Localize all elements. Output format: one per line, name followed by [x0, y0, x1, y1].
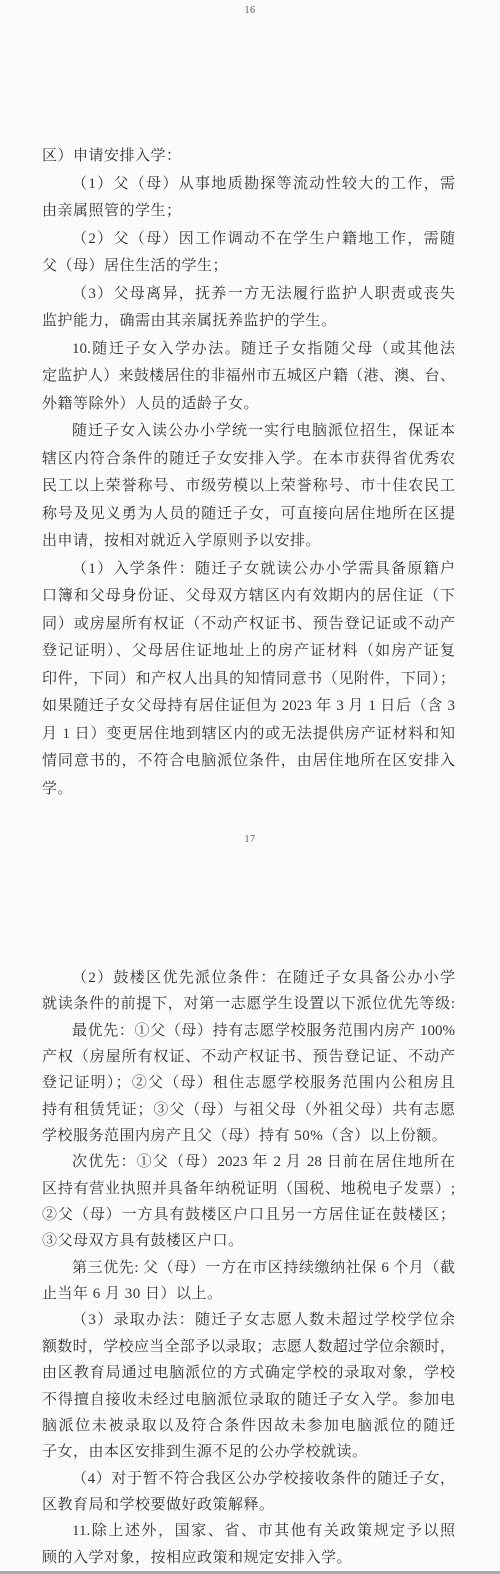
text-line: 就读条件的前提下，对第一志愿学生设置以下派位优先等级:	[42, 991, 455, 1017]
text-line: 区教育局和学校要做好政策解释。	[42, 1492, 455, 1518]
text-line: 第三优先: 父（母）一方在市区持续缴纳社保 6 个月（截	[42, 1255, 455, 1281]
text-line: 不得擅自接收未经过电脑派位录取的随迁子女入学。参加电	[42, 1387, 455, 1413]
text-line: 产权（房屋所有权证、不动产权证书、预告登记证、不动产	[42, 1044, 455, 1070]
text-line: 学校服务范围内房产且父（母）持有 50%（含）以上份额。	[42, 1123, 455, 1149]
text-line: 如果随迁子女父母持有居住证但为 2023 年 3 月 1 日后（含 3	[42, 693, 455, 721]
text-line: 外籍等除外）人员的适龄子女。	[42, 391, 455, 419]
text-line: 辖区内符合条件的随迁子女安排入学。在本市获得省优秀农	[42, 446, 455, 474]
text-line: 学。	[42, 776, 455, 804]
text-line: 定监护人）来鼓楼居住的非福州市五城区户籍（港、澳、台、	[42, 363, 455, 391]
text-line: 持有租赁凭证；③父（母）与祖父母（外祖父母）共有志愿	[42, 1097, 455, 1123]
text-line: （2）鼓楼区优先派位条件：在随迁子女具备公办小学	[42, 965, 455, 991]
text-line: 民工以上荣誉称号、市级劳模以上荣誉称号、市十佳农民工	[42, 473, 455, 501]
page-17-body: （2）鼓楼区优先派位条件：在随迁子女具备公办小学就读条件的前提下，对第一志愿学生…	[42, 965, 455, 1571]
text-line: 次优先：①父（母）2023 年 2 月 28 日前在居住地所在	[42, 1149, 455, 1175]
text-line: 区持有营业执照并具备年纳税证明（国税、地税电子发票）;	[42, 1176, 455, 1202]
text-line: 11.除上述外，国家、省、市其他有关政策规定予以照	[42, 1518, 455, 1544]
text-line: 区）申请安排入学：	[42, 143, 455, 171]
text-line: 监护能力，确需由其亲属抚养监护的学生。	[42, 308, 455, 336]
text-line: 由区教育局通过电脑派位的方式确定学校的录取对象，学校	[42, 1360, 455, 1386]
text-line: 印件，下同）和产权人出具的知情同意书（见附件，下同）；	[42, 666, 455, 694]
text-line: 登记证明）、父母居住证地址上的房产证材料（如房产证复	[42, 638, 455, 666]
text-line: ②父（母）一方具有鼓楼区户口且另一方居住证在鼓楼区；	[42, 1202, 455, 1228]
text-line: （1）入学条件：随迁子女就读公办小学需具备原籍户	[42, 556, 455, 584]
text-line: 口簿和父母身份证、父母双方辖区内有效期内的居住证（下	[42, 583, 455, 611]
text-line: 止当年 6 月 30 日）以上。	[42, 1281, 455, 1307]
text-line: （3）录取办法：随迁子女志愿人数未超过学校学位余	[42, 1307, 455, 1333]
page-16-body: 区）申请安排入学：（1）父（母）从事地质勘探等流动性较大的工作，需由亲属照管的学…	[42, 143, 455, 803]
page-17: 17 （2）鼓楼区优先派位条件：在随迁子女具备公办小学就读条件的前提下，对第一志…	[0, 833, 500, 1571]
text-line: 称号及见义勇为人员的随迁子女，可直接向居住地所在区提	[42, 501, 455, 529]
text-line: 情同意书的，不符合电脑派位条件，由居住地所在区安排入	[42, 748, 455, 776]
text-line: 脑派位未被录取以及符合条件因故未参加电脑派位的随迁	[42, 1413, 455, 1439]
text-line: 同）或房屋所有权证（不动产权证书、预告登记证或不动产	[42, 611, 455, 639]
page-number-16: 16	[0, 4, 500, 18]
text-line: ③父母双方具有鼓楼区户口。	[42, 1228, 455, 1254]
scanned-document: 16 区）申请安排入学：（1）父（母）从事地质勘探等流动性较大的工作，需由亲属照…	[0, 0, 500, 1574]
text-line: 由亲属照管的学生；	[42, 198, 455, 226]
text-line: 登记证明）；②父（母）租住志愿学校服务范围内公租房且	[42, 1070, 455, 1096]
page-number-17: 17	[0, 833, 500, 847]
text-line: （3）父母离异，抚养一方无法履行监护人职责或丧失	[42, 281, 455, 309]
text-line: 父（母）居住生活的学生；	[42, 253, 455, 281]
text-line: （4）对于暂不符合我区公办学校接收条件的随迁子女，	[42, 1466, 455, 1492]
text-line: 子女，由本区安排到生源不足的公办学校就读。	[42, 1439, 455, 1465]
text-line: （1）父（母）从事地质勘探等流动性较大的工作，需	[42, 171, 455, 199]
text-line: 出申请，按相对就近入学原则予以安排。	[42, 528, 455, 556]
text-line: 月 1 日）变更居住地到辖区内的或无法提供房产证材料和知	[42, 721, 455, 749]
text-line: 随迁子女入读公办小学统一实行电脑派位招生，保证本	[42, 418, 455, 446]
text-line: 10.随迁子女入学办法。随迁子女指随父母（或其他法	[42, 336, 455, 364]
text-line: 顾的入学对象，按相应政策和规定安排入学。	[42, 1545, 455, 1571]
text-line: 额数时，学校应当全部予以录取；志愿人数超过学位余额时，	[42, 1334, 455, 1360]
page-16: 16 区）申请安排入学：（1）父（母）从事地质勘探等流动性较大的工作，需由亲属照…	[0, 4, 500, 803]
text-line: 最优先：①父（母）持有志愿学校服务范围内房产 100%	[42, 1018, 455, 1044]
text-line: （2）父（母）因工作调动不在学生户籍地工作，需随	[42, 226, 455, 254]
